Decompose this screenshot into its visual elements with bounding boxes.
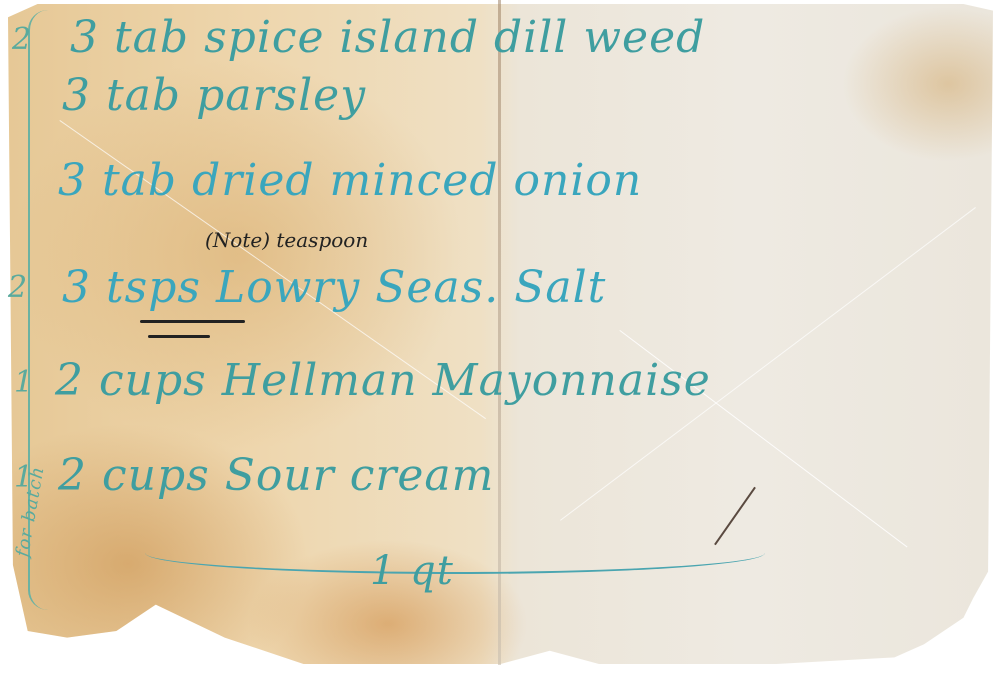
total-quantity: 1 qt bbox=[370, 548, 454, 594]
ingredient: tsps Lowry Seas. Salt bbox=[106, 262, 606, 313]
recipe-line: 2 cups Sour cream bbox=[58, 450, 494, 501]
margin-number: 1 bbox=[14, 365, 34, 400]
recipe-line: 2 cups Hellman Mayonnaise bbox=[55, 355, 711, 406]
ingredient: tab dried minced onion bbox=[102, 155, 642, 206]
ingredient: tab parsley bbox=[106, 70, 366, 121]
quantity: 3 bbox=[70, 12, 99, 63]
quantity: 2 bbox=[58, 450, 87, 501]
quantity: 3 bbox=[62, 262, 91, 313]
recipe-line: 3 tab spice island dill weed bbox=[70, 12, 705, 63]
emphasis-underline bbox=[148, 335, 210, 338]
teaspoon-note: (Note) teaspoon bbox=[205, 228, 368, 252]
ingredient: cups Hellman Mayonnaise bbox=[99, 355, 711, 406]
ingredient: tab spice island dill weed bbox=[114, 12, 705, 63]
total-rule bbox=[145, 532, 765, 574]
quantity: 3 bbox=[58, 155, 87, 206]
quantity: 2 bbox=[55, 355, 84, 406]
recipe-line: 3 tab dried minced onion bbox=[58, 155, 642, 206]
recipe-line: 3 tsps Lowry Seas. Salt bbox=[62, 262, 606, 313]
margin-number: 2 bbox=[12, 22, 32, 57]
ingredient: cups Sour cream bbox=[102, 450, 494, 501]
recipe-line: 3 tab parsley bbox=[62, 70, 366, 121]
emphasis-underline bbox=[140, 320, 245, 323]
quantity: 3 bbox=[62, 70, 91, 121]
margin-number: 2 bbox=[8, 270, 28, 305]
